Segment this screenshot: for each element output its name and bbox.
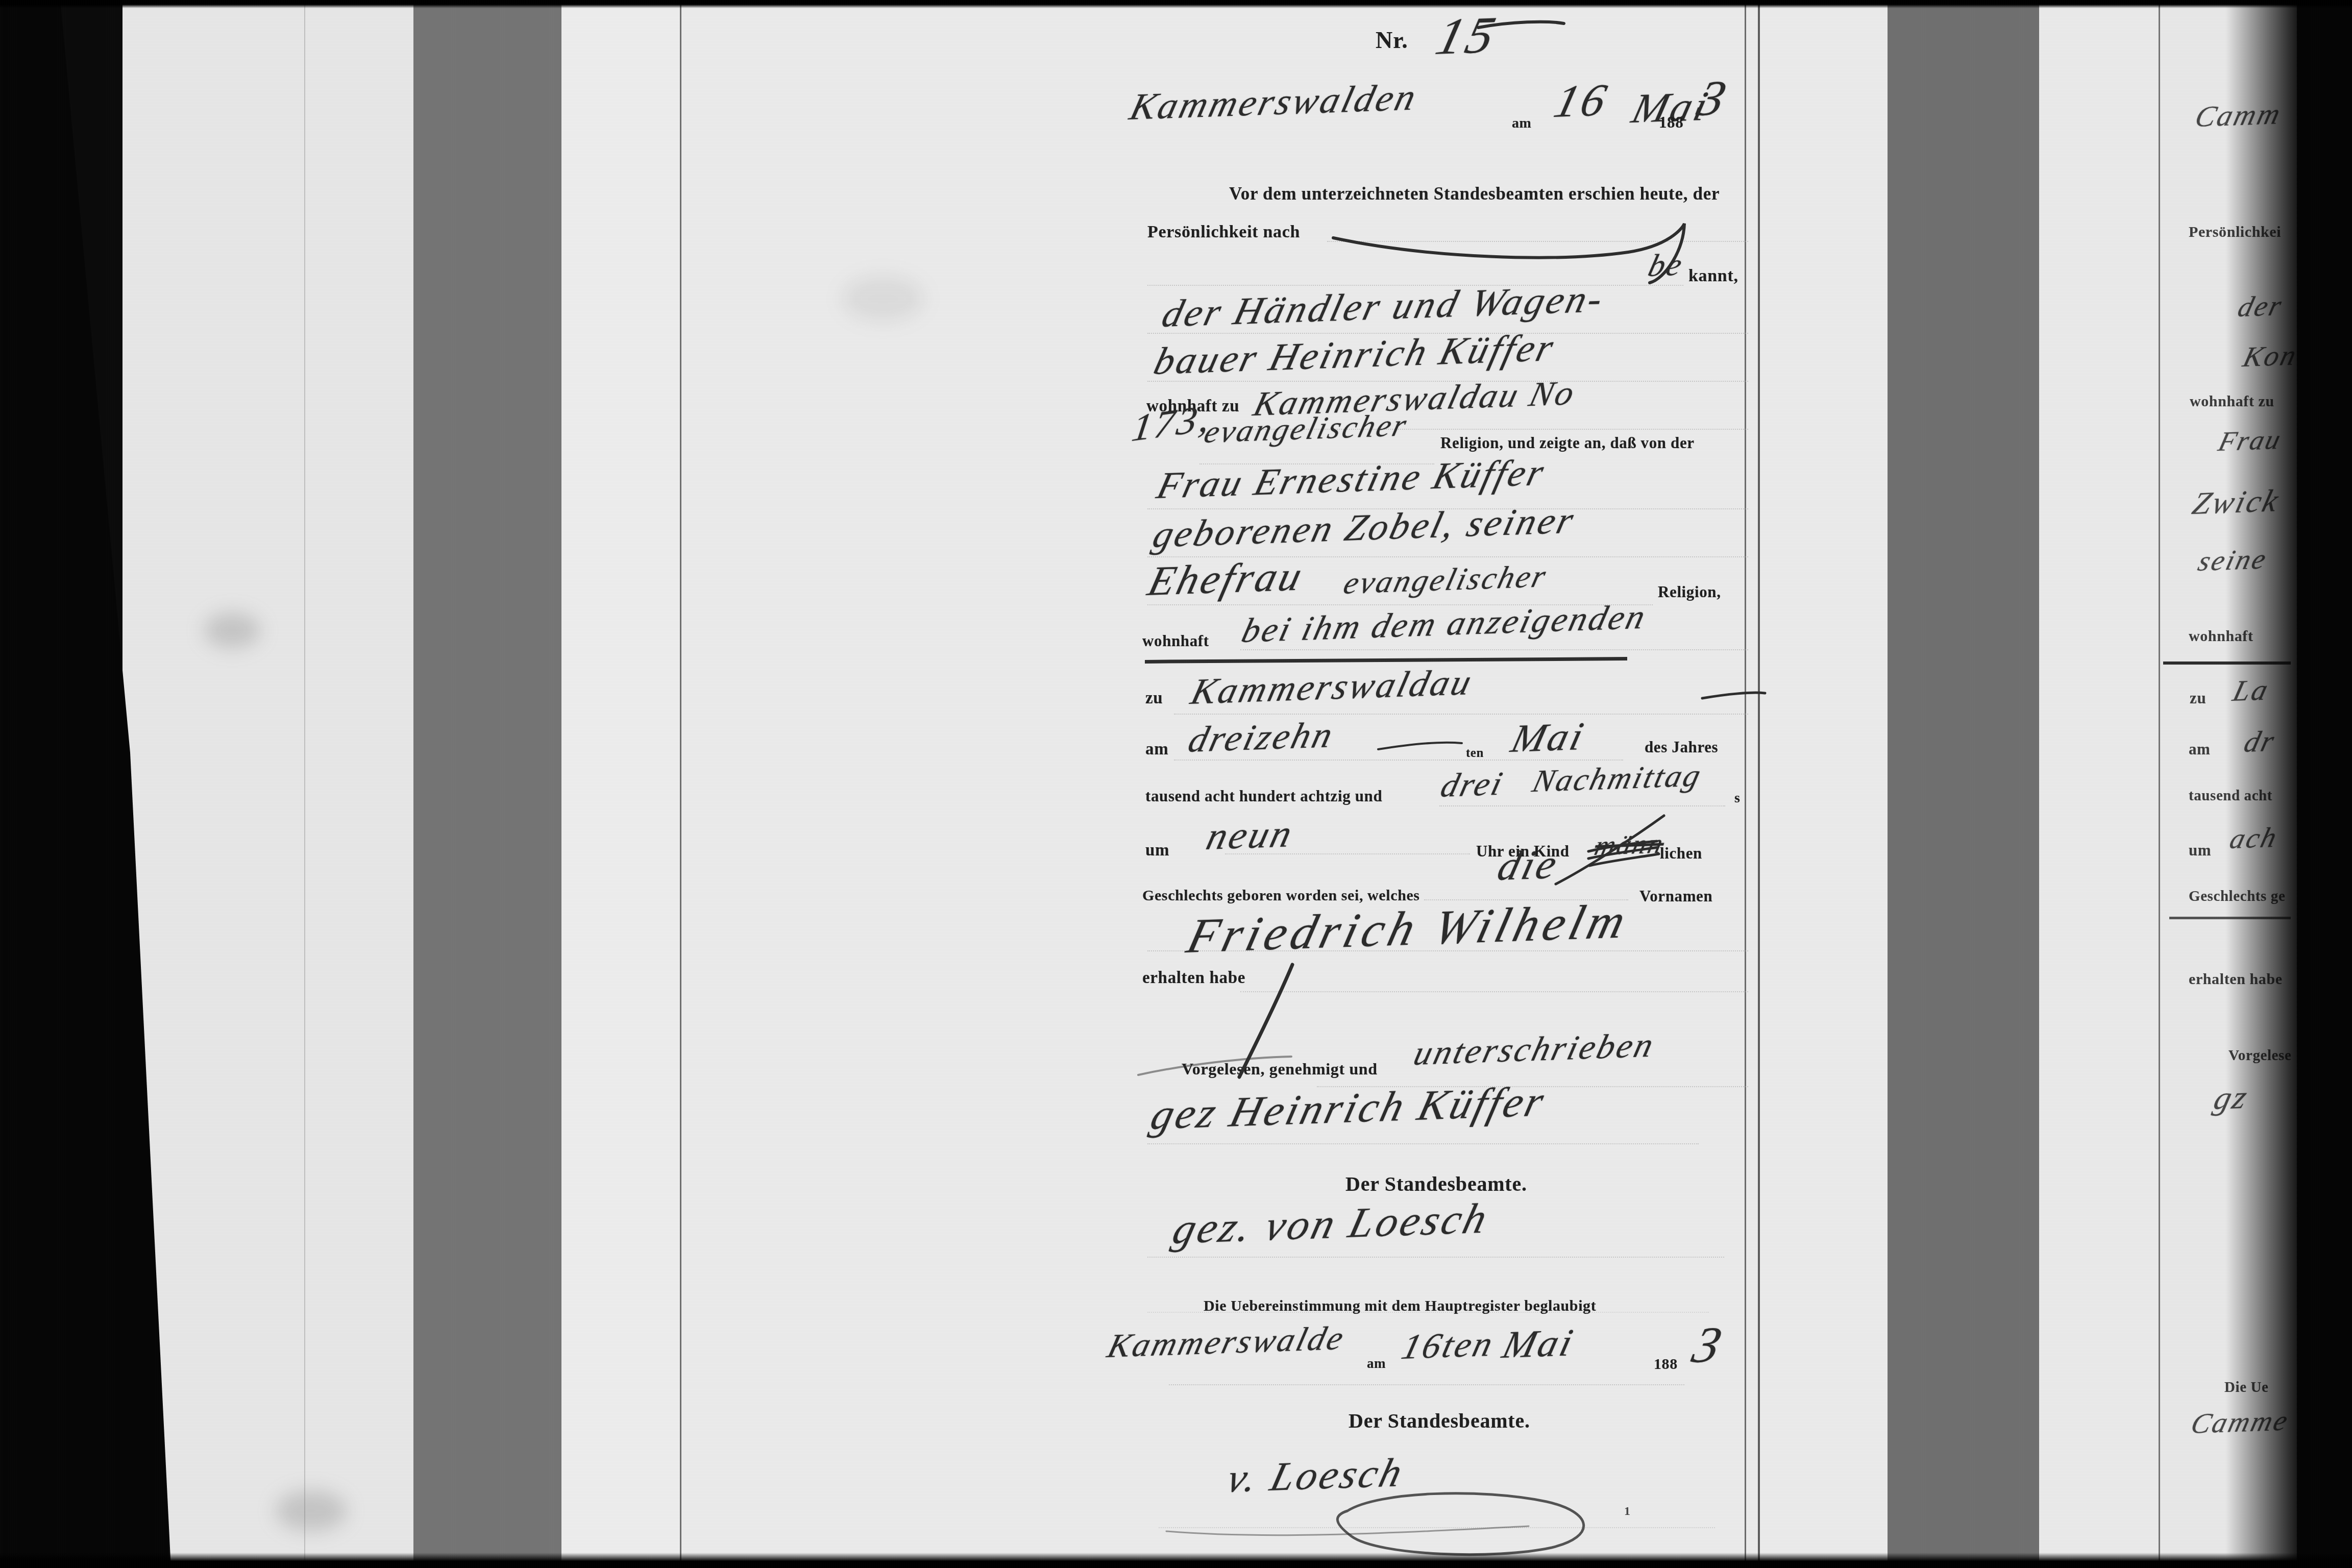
film-grain — [0, 0, 2352, 1568]
microfilm-scan: Nr. 15 Kammerswalden am 16 Mai 188 3 Vor… — [0, 0, 2352, 1568]
